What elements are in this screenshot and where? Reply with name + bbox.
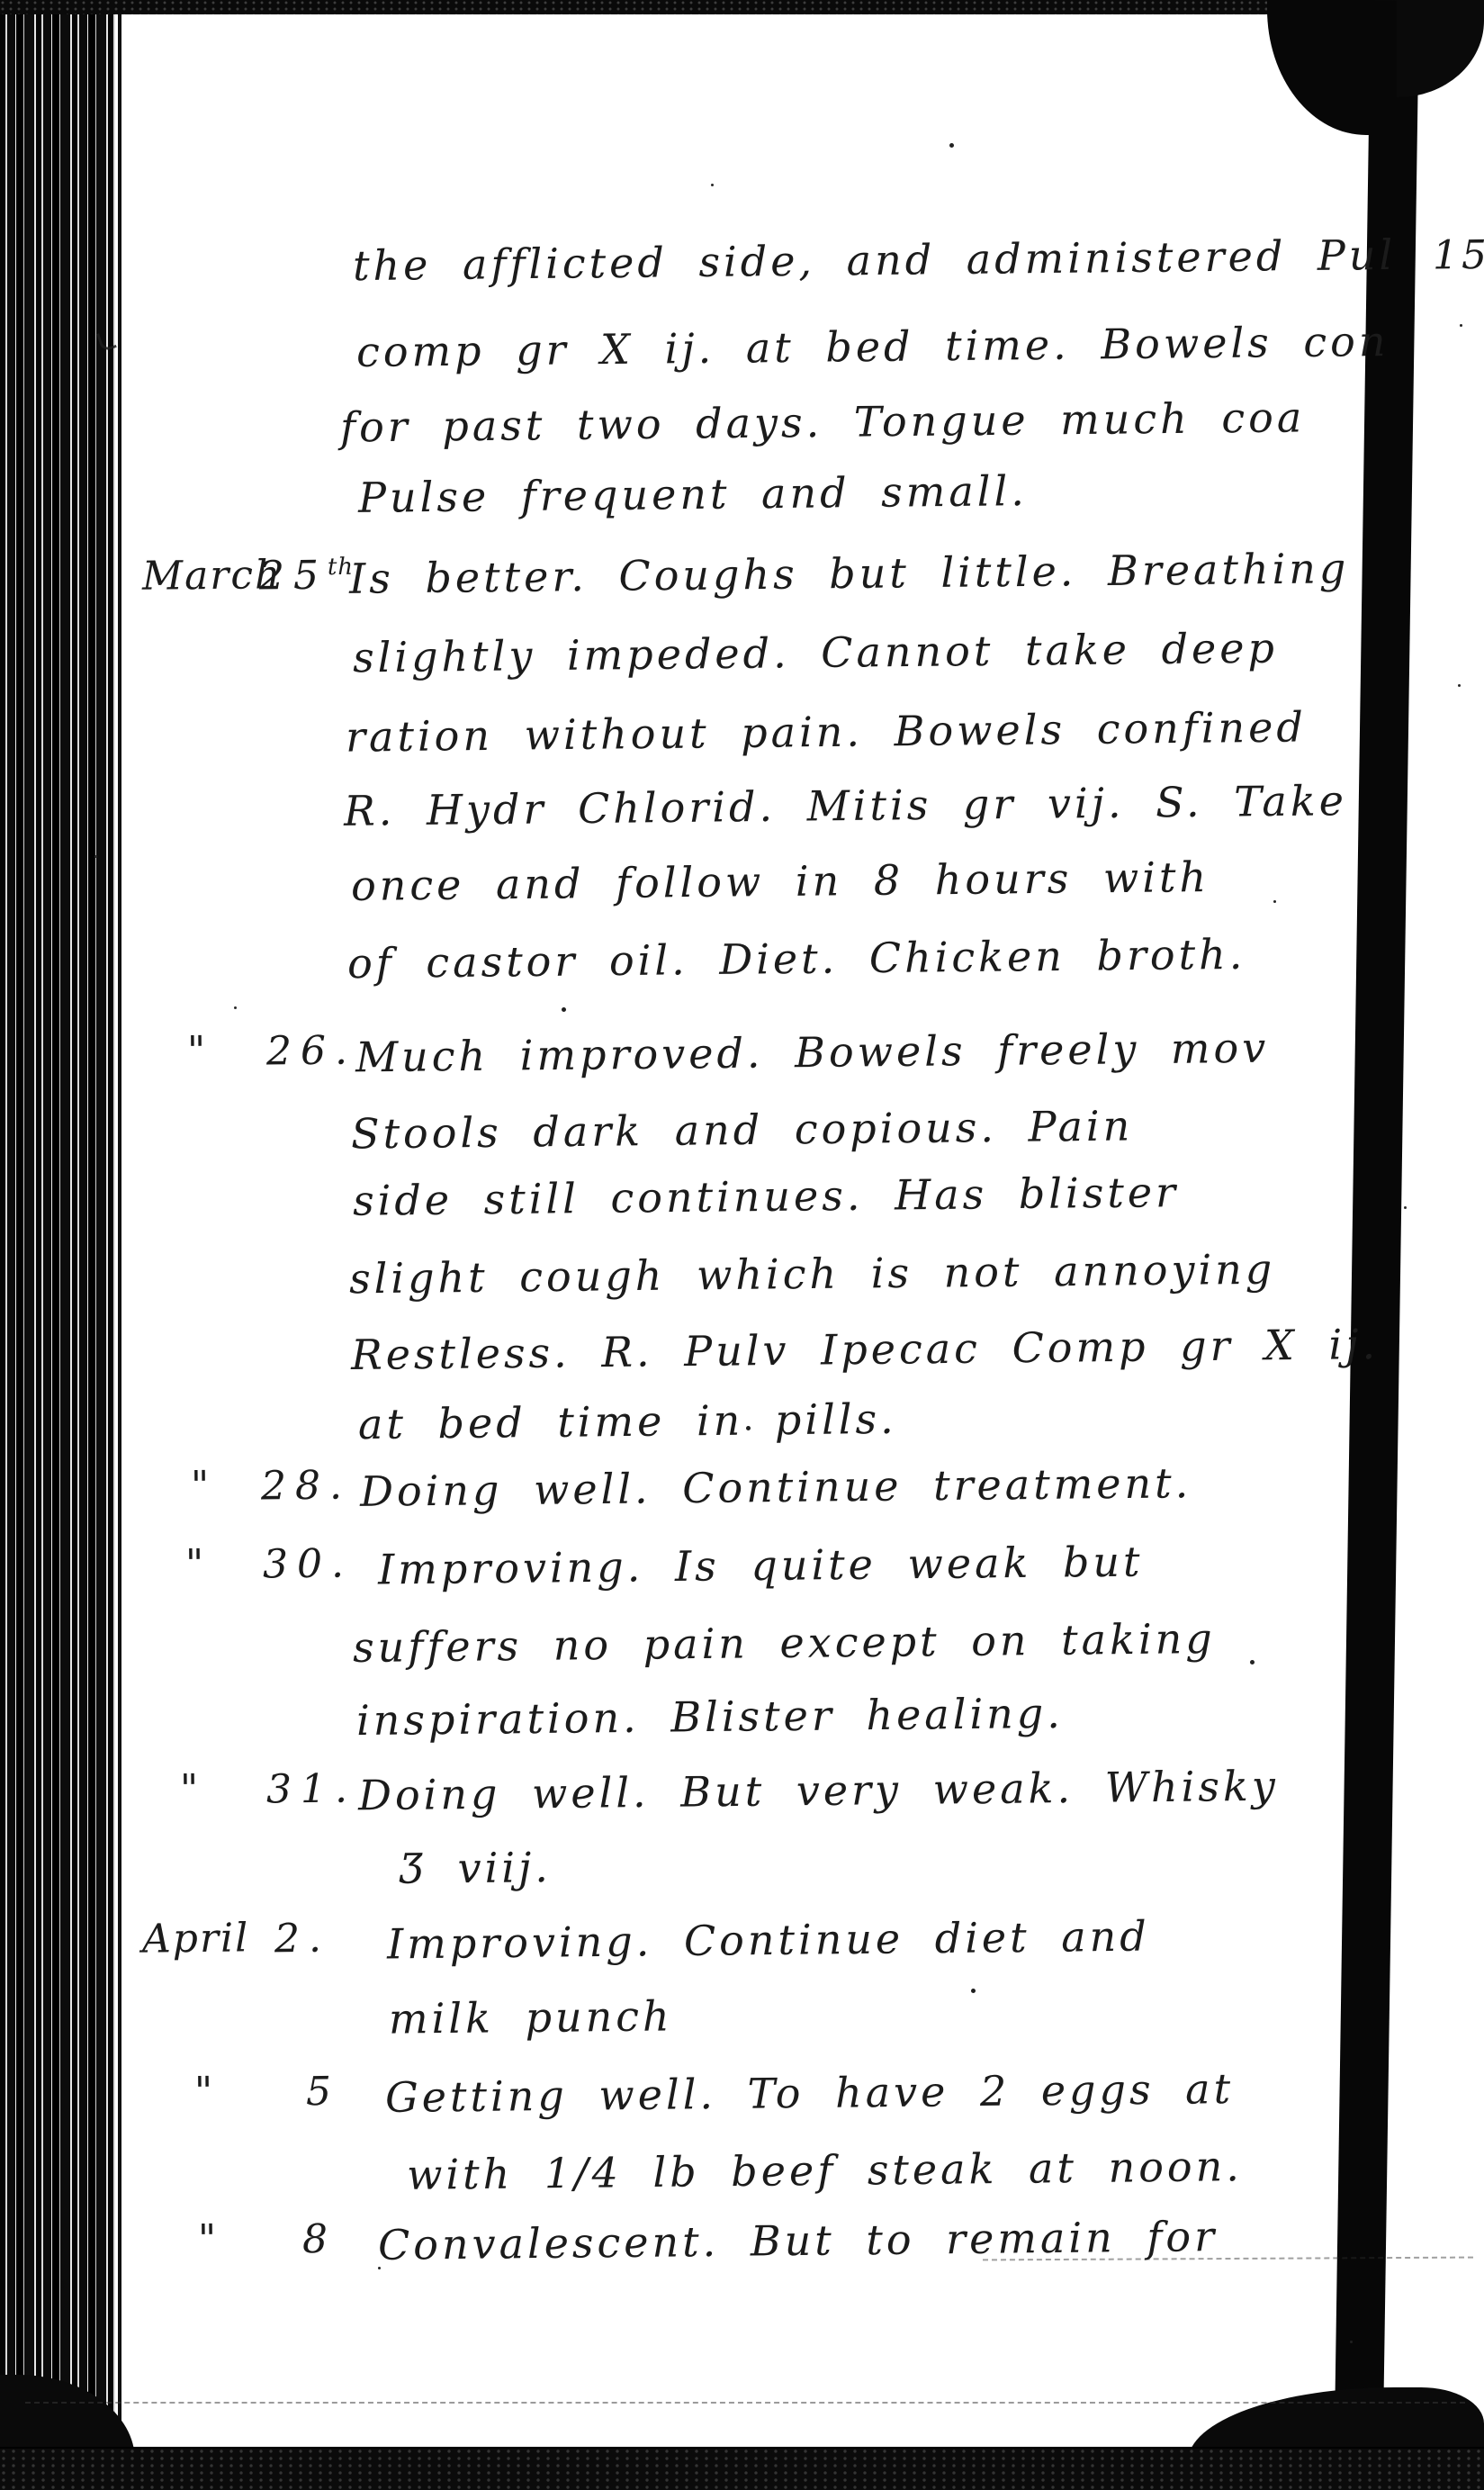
handwriting-line: Pulse frequent and small.	[358, 466, 1028, 522]
margin-date-month: April	[142, 1915, 250, 1962]
handwriting-line: slight cough which is not annoying	[349, 1245, 1276, 1304]
scan-top-edge	[0, 0, 1484, 14]
bottom-dotted-line	[25, 2402, 1465, 2404]
margin-date-ditto: "	[180, 1766, 201, 1812]
margin-date-day: 28.	[261, 1462, 352, 1509]
gutter-top-wedge	[1267, 0, 1375, 135]
facing-page-number: 15.~	[1433, 231, 1484, 278]
handwriting-line: Doing well. Continue treatment.	[360, 1458, 1192, 1516]
handwriting-line: Is better. Coughs but little. Breathing	[349, 544, 1350, 603]
margin-date-ditto: "	[198, 2216, 219, 2262]
margin-date-day: 26.	[266, 1027, 357, 1074]
margin-day-number: 25	[259, 553, 328, 600]
handwriting-line: at bed time in pills.	[358, 1394, 897, 1448]
handwriting-line: Ʒ viij.	[400, 1843, 552, 1893]
handwriting-line: with 1/4 lb beef steak at noon.	[407, 2142, 1243, 2199]
handwriting-line: R. Hydr Chlorid. Mitis gr vij. S. Take	[344, 776, 1347, 835]
handwriting-line: inspiration. Blister healing.	[356, 1689, 1064, 1745]
margin-date-day: 31.	[266, 1765, 357, 1812]
handwriting-line: suffers no pain except on taking	[353, 1614, 1216, 1672]
margin-date-day: 2.	[274, 1916, 331, 1962]
handwriting-line: for past two days. Tongue much coa	[340, 392, 1306, 451]
margin-date-ditto: "	[191, 1463, 211, 1509]
margin-date-day: 8	[302, 2216, 337, 2262]
handwriting-line: of castor oil. Diet. Chicken broth.	[347, 930, 1246, 988]
book-gutter-shadow	[1334, 0, 1419, 2490]
margin-date-day: 5	[306, 2069, 341, 2115]
handwriting-line: Improving. Continue diet and	[387, 1912, 1150, 1969]
handwriting-line: Improving. Is quite weak but	[378, 1538, 1144, 1594]
handwriting-line: Convalescent. But to remain for	[378, 2212, 1219, 2269]
facing-page-number-text: 15.	[1433, 232, 1484, 279]
book-page-edge-stack	[0, 11, 115, 2490]
margin-date-ditto: "	[194, 2069, 215, 2115]
handwriting-line: once and follow in 8 hours with	[351, 853, 1210, 910]
margin-date-ditto: "	[187, 1028, 208, 1074]
handwriting-line: milk punch	[389, 1991, 673, 2043]
handwriting-line: Restless. R. Pulv Ipecac Comp gr X ij.	[351, 1320, 1380, 1379]
margin-date-day: 30.	[263, 1540, 354, 1587]
handwriting-line: side still continues. Has blister	[353, 1168, 1180, 1225]
scanned-book-page: 15.~ the afflicted side, and administere…	[0, 0, 1484, 2490]
handwriting-line: Much improved. Bowels freely mov	[355, 1024, 1270, 1082]
margin-date-day: 25th	[259, 552, 355, 599]
page-edge-line	[118, 13, 121, 2449]
handwriting-line: comp gr X ij. at bed time. Bowels con	[356, 317, 1390, 376]
handwriting-line: Doing well. But very weak. Whisky	[358, 1762, 1279, 1820]
handwriting-line: Getting well. To have 2 eggs at	[385, 2064, 1235, 2122]
handwriting-line: ration without pain. Bowels confined	[346, 702, 1307, 761]
handwriting-line: Stools dark and copious. Pain	[351, 1101, 1134, 1158]
scan-bottom-edge	[0, 2447, 1484, 2490]
facing-page-top-edge	[1397, 0, 1484, 97]
handwriting-line: slightly impeded. Cannot take deep	[353, 624, 1278, 682]
margin-date-ditto: "	[185, 1541, 206, 1587]
handwriting-line: the afflicted side, and administered Pul	[353, 230, 1397, 290]
